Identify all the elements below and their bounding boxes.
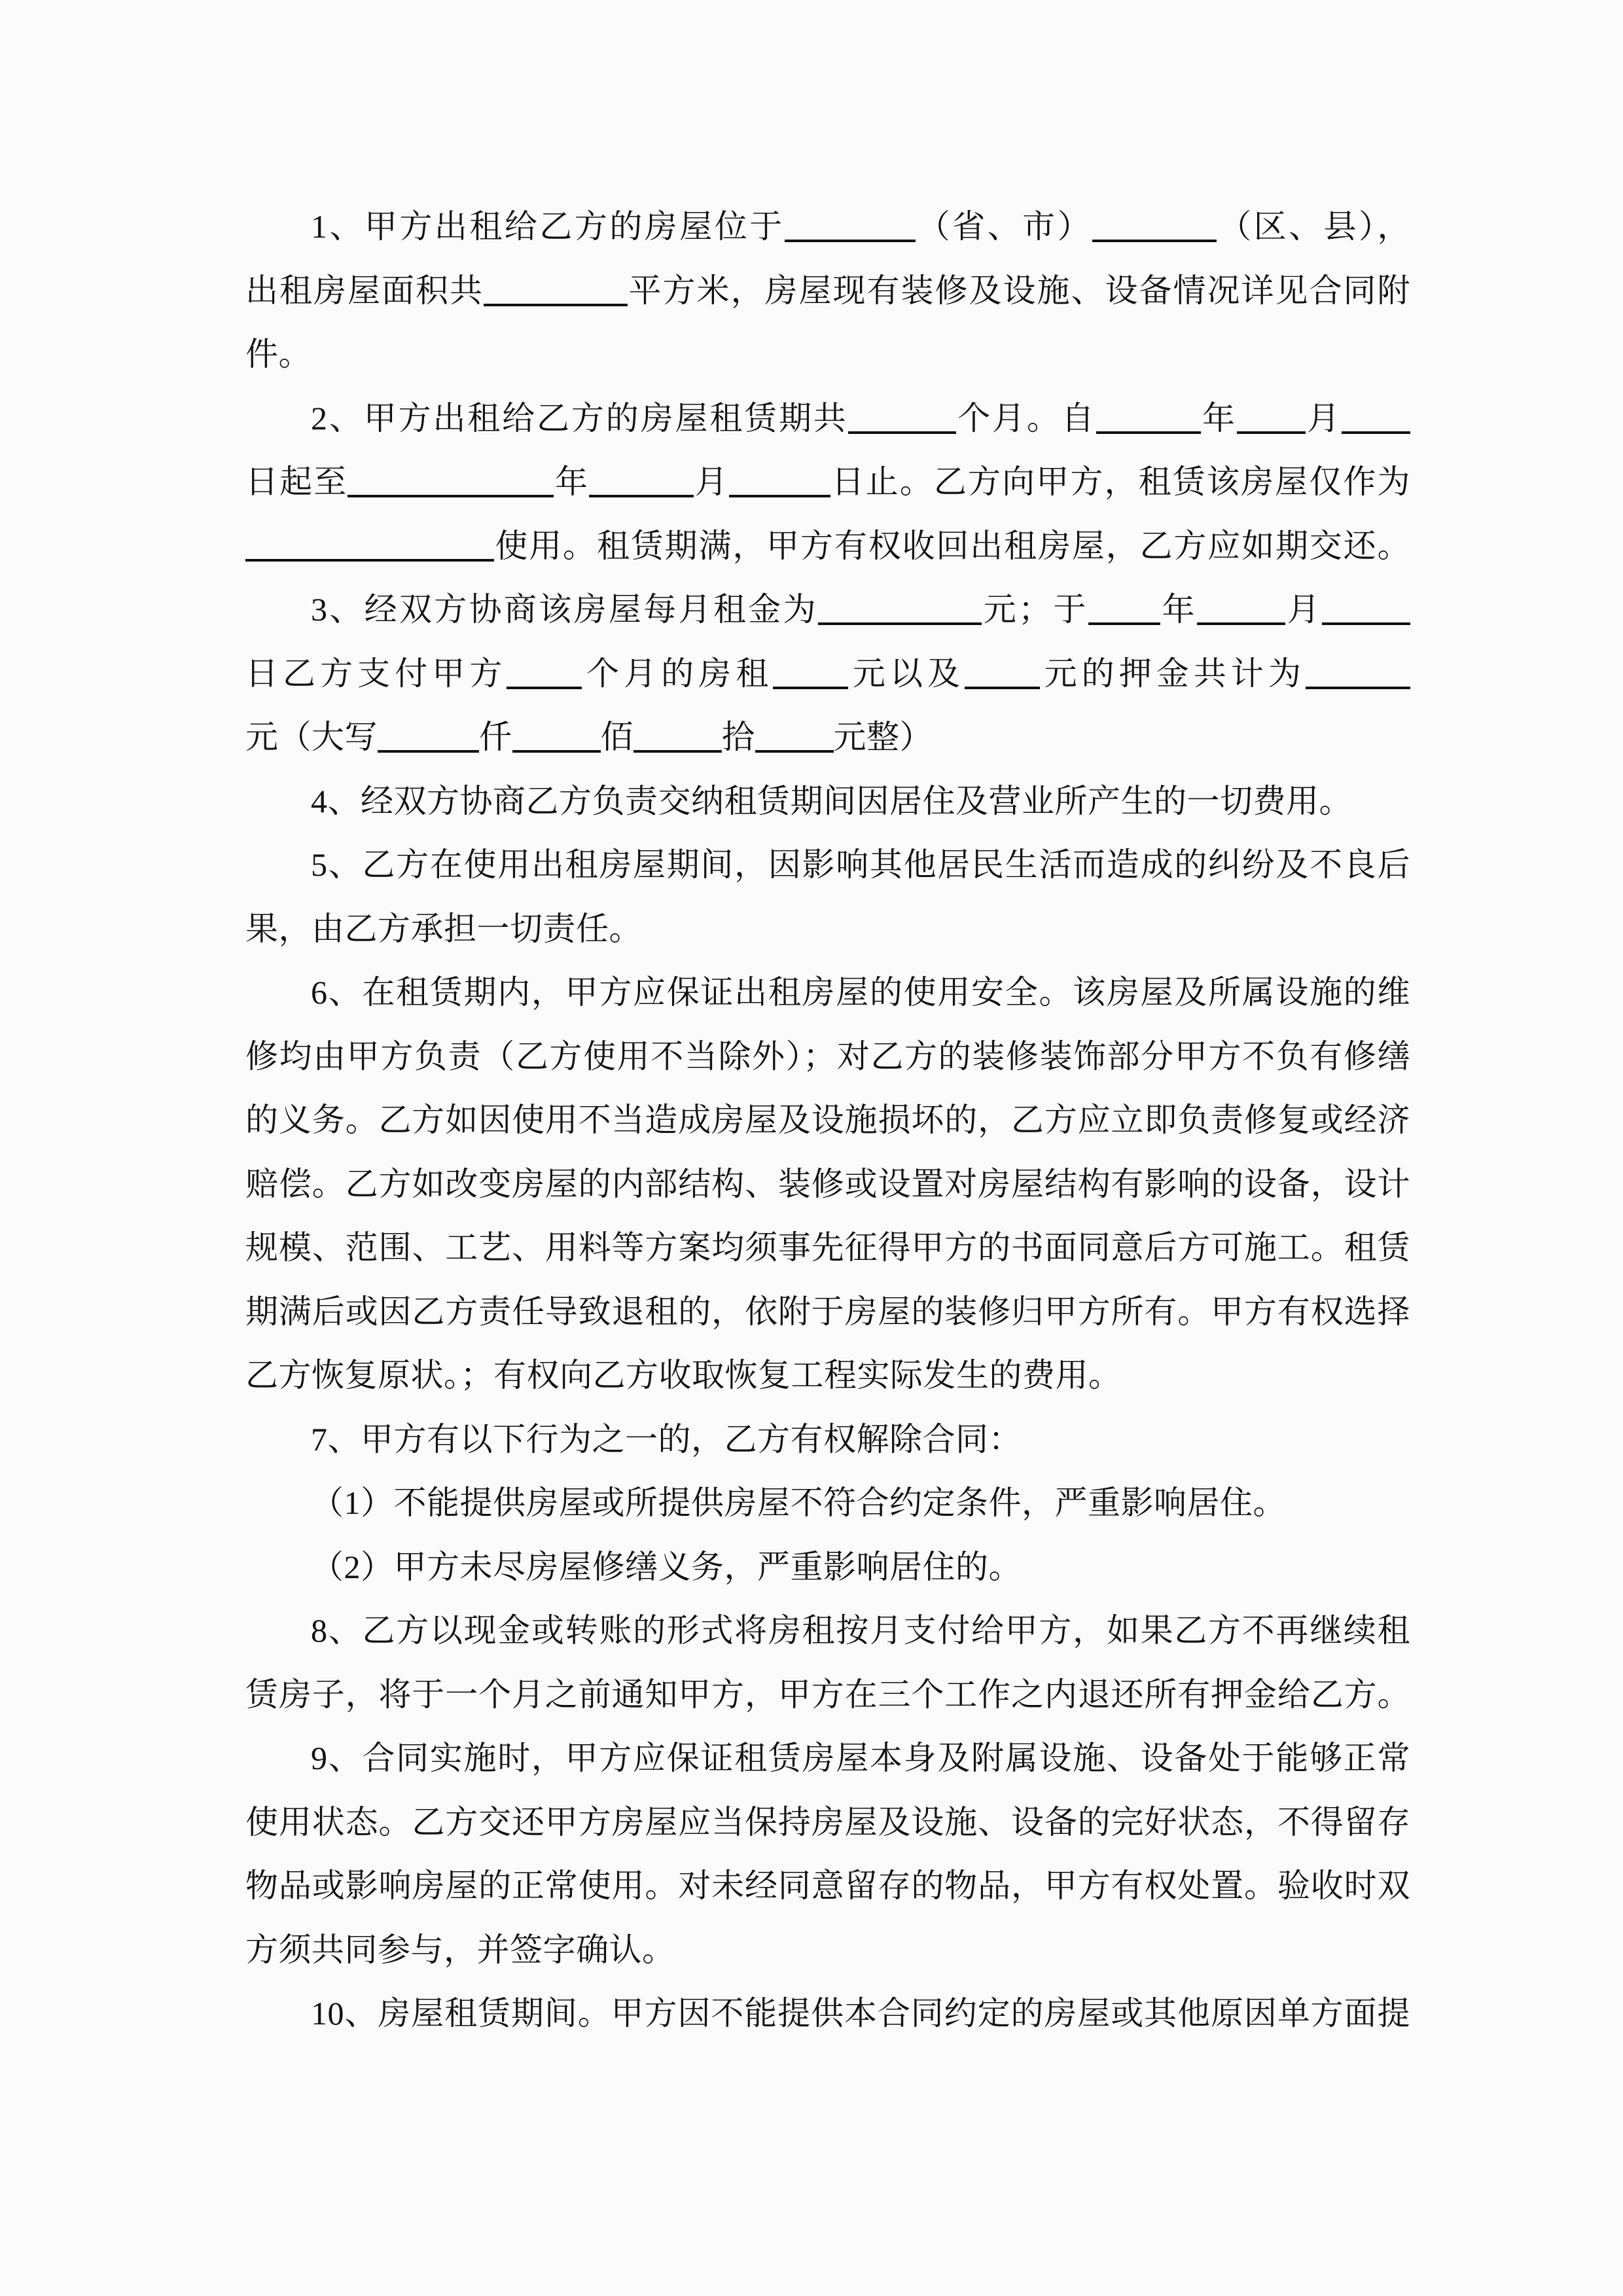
- text-segment: 日起至: [245, 463, 348, 500]
- contract-line: 的义务。乙方如因使用不当造成房屋及设施损坏的，乙方应立即负责修复或经济: [245, 1088, 1410, 1153]
- contract-line: 使用。租赁期满，甲方有权收回出租房屋，乙方应如期交还。: [245, 514, 1410, 579]
- text-segment: （1）不能提供房屋或所提供房屋不符合约定条件，严重影响居住。: [311, 1484, 1286, 1521]
- blank-underline: [755, 721, 834, 753]
- text-segment: 平方米，房屋现有装修及设施、设备情况详见合同附: [628, 272, 1410, 309]
- blank-underline: [1306, 657, 1410, 689]
- text-segment: 使用。租赁期满，甲方有权收回出租房屋，乙方应如期交还。: [494, 528, 1410, 564]
- text-segment: 的义务。乙方如因使用不当造成房屋及设施损坏的，乙方应立即负责修复或经济: [245, 1102, 1410, 1138]
- contract-line: 果，由乙方承担一切责任。: [245, 897, 1410, 961]
- blank-underline: [729, 465, 830, 497]
- blank-underline: [1342, 402, 1410, 434]
- text-segment: 出租房屋面积共: [245, 272, 484, 309]
- text-segment: 8、乙方以现金或转账的形式将房租按月支付给甲方，如果乙方不再继续租: [311, 1612, 1410, 1649]
- text-segment: 2、甲方出租给乙方的房屋租赁期共: [311, 400, 848, 437]
- blank-underline: [348, 465, 554, 497]
- text-segment: 9、合同实施时，甲方应保证租赁房屋本身及附属设施、设备处于能够正常: [311, 1740, 1410, 1776]
- text-segment: 赔偿。乙方如改变房屋的内部结构、装修或设置对房屋结构有影响的设备，设计: [245, 1166, 1410, 1202]
- blank-underline: [1096, 402, 1201, 434]
- contract-page: 1、甲方出租给乙方的房屋位于（省、市）（区、县），出租房屋面积共平方米，房屋现有…: [0, 0, 1623, 2296]
- blank-underline: [378, 721, 479, 753]
- contract-line: 规模、范围、工艺、用料等方案均须事先征得甲方的书面同意后方可施工。租赁: [245, 1216, 1410, 1280]
- contract-line: 乙方恢复原状。；有权向乙方收取恢复工程实际发生的费用。: [245, 1344, 1410, 1408]
- text-segment: 5、乙方在使用出租房屋期间，因影响其他居民生活而造成的纠纷及不良后: [311, 846, 1410, 883]
- blank-underline: [512, 721, 601, 753]
- contract-line: 方须共同参与，并签字确认。: [245, 1918, 1410, 1982]
- blank-underline: [785, 210, 916, 242]
- blank-underline: [245, 529, 494, 562]
- blank-underline: [589, 465, 694, 497]
- contract-line: 出租房屋面积共平方米，房屋现有装修及设施、设备情况详见合同附: [245, 259, 1410, 323]
- text-segment: 修均由甲方负责（乙方使用不当除外）；对乙方的装修装饰部分甲方不负有修缮: [245, 1038, 1410, 1075]
- text-segment: 7、甲方有以下行为之一的，乙方有权解除合同：: [311, 1421, 1022, 1458]
- blank-underline: [773, 657, 848, 689]
- contract-line: 1、甲方出租给乙方的房屋位于（省、市）（区、县），: [245, 195, 1410, 259]
- text-segment: 月: [1306, 400, 1342, 437]
- contract-line: 2、甲方出租给乙方的房屋租赁期共个月。自年月: [245, 387, 1410, 451]
- contract-line: 日起至年月日止。乙方向甲方，租赁该房屋仅作为: [245, 450, 1410, 514]
- contract-line: 4、经双方协商乙方负责交纳租赁期间因居住及营业所产生的一切费用。: [245, 770, 1410, 834]
- contract-line: 日乙方支付甲方个月的房租元以及元的押金共计为: [245, 642, 1410, 706]
- blank-underline: [507, 657, 582, 689]
- text-segment: 6、在租赁期内，甲方应保证出租房屋的使用安全。该房屋及所属设施的维: [311, 974, 1410, 1011]
- contract-line: 5、乙方在使用出租房屋期间，因影响其他居民生活而造成的纠纷及不良后: [245, 833, 1410, 897]
- text-segment: 年: [1160, 591, 1197, 628]
- text-segment: 4、经双方协商乙方负责交纳租赁期间因居住及营业所产生的一切费用。: [311, 783, 1352, 819]
- contract-line: 件。: [245, 323, 1410, 387]
- text-segment: 日乙方支付甲方: [245, 655, 507, 692]
- text-segment: （省、市）: [916, 208, 1092, 245]
- text-segment: 仟: [479, 719, 512, 755]
- text-segment: 10、房屋租赁期间。甲方因不能提供本合同约定的房屋或其他原因单方面提: [311, 1995, 1410, 2032]
- contract-line: 元（大写仟佰拾元整）: [245, 706, 1410, 770]
- text-segment: 个月的房租: [582, 655, 773, 692]
- text-segment: 赁房子，将于一个月之前通知甲方，甲方在三个工作之内退还所有押金给乙方。: [245, 1676, 1410, 1713]
- text-segment: 元以及: [848, 655, 965, 692]
- text-segment: 件。: [245, 336, 312, 372]
- text-segment: 佰: [601, 719, 634, 755]
- blank-underline: [818, 593, 982, 625]
- blank-underline: [1237, 402, 1306, 434]
- blank-underline: [484, 274, 628, 306]
- contract-line: 10、房屋租赁期间。甲方因不能提供本合同约定的房屋或其他原因单方面提: [245, 1982, 1410, 2046]
- contract-line: 修均由甲方负责（乙方使用不当除外）；对乙方的装修装饰部分甲方不负有修缮: [245, 1025, 1410, 1089]
- contract-line: 3、经双方协商该房屋每月租金为元；于年月: [245, 578, 1410, 642]
- text-segment: 元（大写: [245, 719, 378, 755]
- blank-underline: [1197, 593, 1285, 625]
- text-segment: 月: [1285, 591, 1322, 628]
- contract-line: 7、甲方有以下行为之一的，乙方有权解除合同：: [245, 1408, 1410, 1472]
- text-segment: 个月。自: [956, 400, 1096, 437]
- text-segment: 果，由乙方承担一切责任。: [245, 910, 642, 947]
- text-segment: （2）甲方未尽房屋修缮义务，严重影响居住的。: [311, 1549, 1022, 1585]
- text-segment: 年: [554, 463, 589, 500]
- contract-body: 1、甲方出租给乙方的房屋位于（省、市）（区、县），出租房屋面积共平方米，房屋现有…: [245, 195, 1410, 2046]
- contract-line: 赔偿。乙方如改变房屋的内部结构、装修或设置对房屋结构有影响的设备，设计: [245, 1153, 1410, 1217]
- text-segment: 元的押金共计为: [1040, 655, 1306, 692]
- text-segment: 1、甲方出租给乙方的房屋位于: [311, 208, 785, 245]
- contract-line: （2）甲方未尽房屋修缮义务，严重影响居住的。: [245, 1535, 1410, 1600]
- blank-underline: [1092, 210, 1217, 242]
- text-segment: 元；于: [982, 591, 1088, 628]
- contract-line: 6、在租赁期内，甲方应保证出租房屋的使用安全。该房屋及所属设施的维: [245, 961, 1410, 1025]
- text-segment: 物品或影响房屋的正常使用。对未经同意留存的物品，甲方有权处置。验收时双: [245, 1867, 1410, 1904]
- blank-underline: [965, 657, 1040, 689]
- contract-line: 物品或影响房屋的正常使用。对未经同意留存的物品，甲方有权处置。验收时双: [245, 1854, 1410, 1918]
- contract-line: （1）不能提供房屋或所提供房屋不符合约定条件，严重影响居住。: [245, 1471, 1410, 1535]
- text-segment: 期满后或因乙方责任导致退租的，依附于房屋的装修归甲方所有。甲方有权选择: [245, 1293, 1410, 1330]
- text-segment: 月: [694, 463, 729, 500]
- blank-underline: [848, 402, 956, 434]
- contract-line: 赁房子，将于一个月之前通知甲方，甲方在三个工作之内退还所有押金给乙方。: [245, 1663, 1410, 1727]
- text-segment: 3、经双方协商该房屋每月租金为: [311, 591, 818, 628]
- contract-line: 期满后或因乙方责任导致退租的，依附于房屋的装修归甲方所有。甲方有权选择: [245, 1280, 1410, 1344]
- text-segment: 元整）: [834, 719, 933, 755]
- screenshot-root: { "page": { "background_color": "#fbfbfb…: [0, 0, 1623, 2296]
- text-segment: 年: [1201, 400, 1237, 437]
- text-segment: 乙方恢复原状。；有权向乙方收取恢复工程实际发生的费用。: [245, 1357, 1122, 1393]
- blank-underline: [1088, 593, 1160, 625]
- text-segment: 日止。乙方向甲方，租赁该房屋仅作为: [830, 463, 1410, 500]
- contract-line: 8、乙方以现金或转账的形式将房租按月支付给甲方，如果乙方不再继续租: [245, 1599, 1410, 1663]
- text-segment: 方须共同参与，并签字确认。: [245, 1931, 675, 1968]
- contract-line: 9、合同实施时，甲方应保证租赁房屋本身及附属设施、设备处于能够正常: [245, 1727, 1410, 1791]
- text-segment: （区、县），: [1217, 208, 1410, 245]
- contract-line: 使用状态。乙方交还甲方房屋应当保持房屋及设施、设备的完好状态，不得留存: [245, 1791, 1410, 1855]
- text-segment: 拾: [722, 719, 755, 755]
- text-segment: 规模、范围、工艺、用料等方案均须事先征得甲方的书面同意后方可施工。租赁: [245, 1229, 1410, 1266]
- blank-underline: [633, 721, 722, 753]
- text-segment: 使用状态。乙方交还甲方房屋应当保持房屋及设施、设备的完好状态，不得留存: [245, 1804, 1410, 1840]
- blank-underline: [1322, 593, 1410, 625]
